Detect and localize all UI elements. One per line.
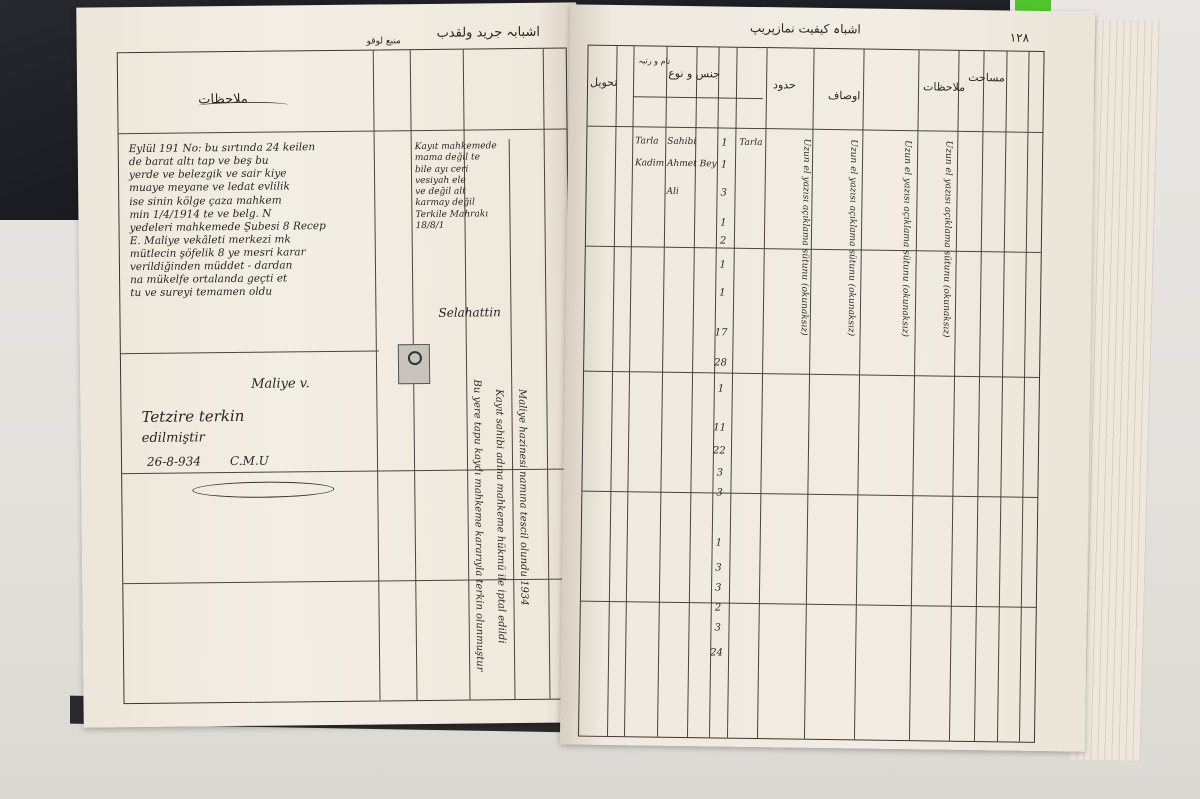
row-8-num: 17 [715, 327, 728, 338]
row-4-num: 1 [720, 217, 727, 228]
row-18-num: 2 [715, 602, 722, 613]
col-header-4: مساحت [968, 71, 1005, 85]
row-1-entry: Tarla [635, 136, 658, 148]
right-page: اشباہ کیفیت نمازپریپ ١٢٨ جنس و نوع نام و… [560, 4, 1095, 751]
left-header-subtitle: منبع لوقو [367, 36, 401, 46]
entry-2-line2: Tetzire terkin [141, 407, 244, 427]
row-1-entry-2: Sahibi [667, 137, 696, 149]
long-note-column-2: Uzun el yazısı açıklama sütunu (okunaksı… [811, 139, 859, 730]
entry-2-line1: Maliye v. [251, 376, 310, 393]
row-13-num: 3 [717, 467, 724, 478]
vertical-handwriting-1: Bu yere tapu kaydı mahkeme kararıyla ter… [471, 379, 485, 679]
right-header-title: اشباہ کیفیت نمازپریپ [750, 21, 861, 37]
left-header-title: اشبابہ جرید ولقدب [436, 25, 540, 41]
left-ledger-table: ملاحظات Eylül 191 No: bu sırtında 24 kei… [117, 48, 574, 705]
row-2-num: 1 [721, 159, 728, 170]
col-header-7: تحویل [590, 76, 617, 89]
row-1-num: 1 [721, 137, 728, 148]
row-5-num: 2 [720, 235, 727, 246]
col-header-3: اوصاف [828, 89, 861, 102]
row-9-num: 28 [714, 357, 727, 368]
row-3-num: 3 [720, 187, 727, 198]
vertical-handwriting-2: Kayıt sahibi adına mahkeme hükmü ile ipt… [493, 389, 507, 689]
row-2-entry: Kadim [635, 158, 664, 170]
long-note-column-4: Uzun el yazısı açıklama sütunu (okunaksı… [914, 140, 954, 730]
long-note-column-1: Uzun el yazısı açıklama sütunu (okunaksı… [764, 138, 812, 729]
revenue-stamp [398, 344, 430, 384]
long-note-column-3: Uzun el yazısı açıklama sütunu (okunaksı… [861, 140, 913, 731]
row-17-num: 3 [715, 582, 722, 593]
signature: Selahattin [438, 305, 501, 321]
page-number: ١٢٨ [1010, 31, 1030, 45]
col-header-5: حدود [773, 78, 796, 91]
row-11-num: 11 [713, 422, 726, 433]
entry-2-date: 26-8-934 [147, 454, 201, 470]
col-header-2: نام و رتبہ [638, 56, 670, 65]
vertical-handwriting-3: Maliye hazinesi namına tescil olundu 193… [516, 389, 530, 689]
row-6-num: 1 [719, 259, 726, 270]
entry-2-line3: edilmiştir [142, 430, 205, 447]
row-7-num: 1 [719, 287, 726, 298]
row-3-entry: Ali [666, 187, 678, 198]
row-12-num: 22 [713, 445, 726, 456]
row-10-num: 1 [718, 383, 725, 394]
row-14-num: 3 [716, 487, 723, 498]
row-15-num: 1 [716, 537, 723, 548]
column-note: Kayıt mahkemede mama değil te bile ayı c… [415, 141, 501, 232]
row-19-num: 3 [714, 622, 721, 633]
right-ledger-table: جنس و نوع نام و رتبہ اوصاف مساحت حدود مل… [578, 45, 1045, 743]
row-2-entry-2: Ahmet Bey [667, 159, 717, 171]
left-page: اشبابہ جرید ولقدب منبع لوقو ملاحظات Eylü… [76, 2, 584, 727]
entry-2-initials: C.M.U [230, 454, 269, 469]
row-16-num: 3 [715, 562, 722, 573]
col-header-6: ملاحظات [923, 80, 965, 94]
row-20-num: 24 [710, 647, 723, 658]
row-1-note: Tarla [739, 138, 762, 150]
col-header-1: جنس و نوع [668, 67, 720, 81]
entry-1-text: Eylül 191 No: bu sırtında 24 keilen de b… [129, 141, 371, 301]
